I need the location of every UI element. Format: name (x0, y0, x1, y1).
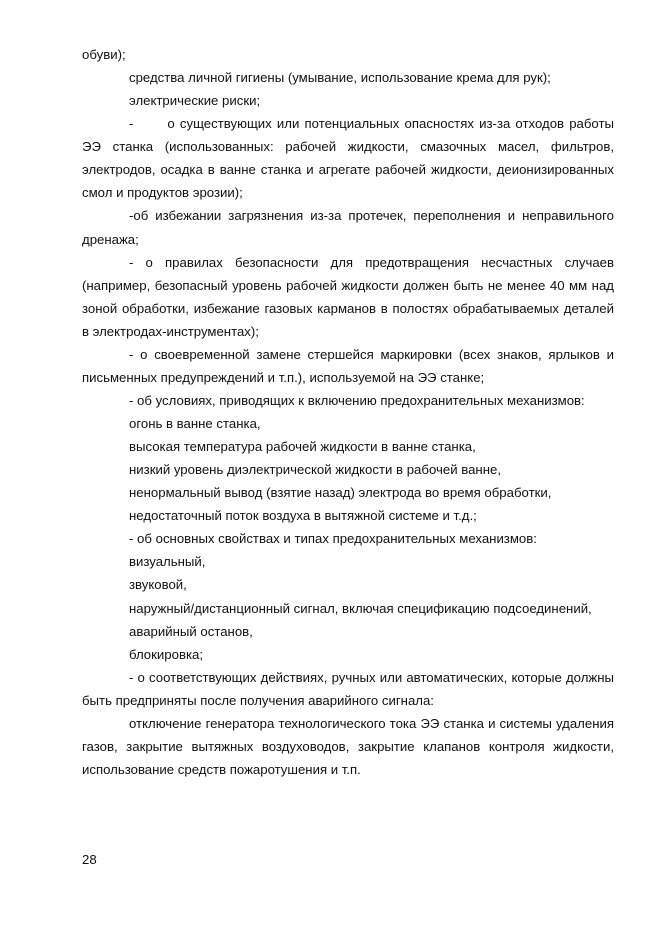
paragraph-continuation: обуви); (82, 43, 614, 66)
list-item-audio: звуковой, (82, 573, 614, 596)
paragraph-electrical-risks: электрические риски; (82, 89, 614, 112)
page-number: 28 (82, 852, 97, 867)
list-item-emergency-stop: аварийный останов, (82, 620, 614, 643)
list-item-fire: огонь в ванне станка, (82, 412, 614, 435)
list-item-high-temperature: высокая температура рабочей жидкости в в… (82, 435, 614, 458)
paragraph-contamination: -об избежании загрязнения из-за протечек… (82, 204, 614, 250)
paragraph-shutdown: отключение генератора технологического т… (82, 712, 614, 781)
list-item-remote-signal: наружный/дистанционный сигнал, включая с… (82, 597, 614, 620)
paragraph-markings: - о своевременной замене стершейся марки… (82, 343, 614, 389)
paragraph-mechanism-types: - об основных свойствах и типах предохра… (82, 527, 614, 550)
document-page: обуви); средства личной гигиены (умывани… (82, 43, 614, 781)
list-item-airflow: недостаточный поток воздуха в вытяжной с… (82, 504, 614, 527)
list-item-abnormal-retract: ненормальный вывод (взятие назад) электр… (82, 481, 614, 504)
list-item-low-level: низкий уровень диэлектрической жидкости … (82, 458, 614, 481)
paragraph-safety-rules: - о правилах безопасности для предотвращ… (82, 251, 614, 343)
paragraph-hygiene: средства личной гигиены (умывание, испол… (82, 66, 614, 89)
list-item-visual: визуальный, (82, 550, 614, 573)
paragraph-trigger-conditions: - об условиях, приводящих к включению пр… (82, 389, 614, 412)
list-dash: - (129, 116, 133, 131)
paragraph-waste-hazards: -о существующих или потенциальных опасно… (82, 112, 614, 204)
list-item-interlock: блокировка; (82, 643, 614, 666)
paragraph-actions: - о соответствующих действиях, ручных ил… (82, 666, 614, 712)
paragraph-waste-hazards-text: о существующих или потенциальных опаснос… (82, 116, 614, 200)
